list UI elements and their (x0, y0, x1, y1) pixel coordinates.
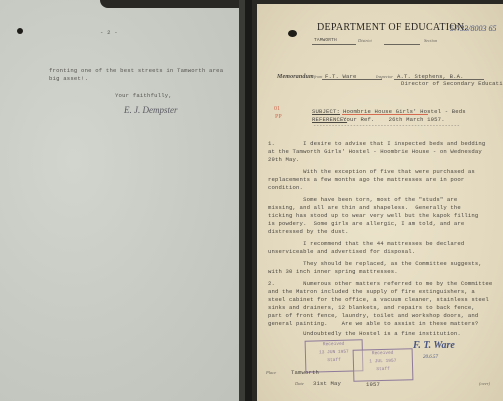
body-line: and the Matron included the supply of fi… (268, 288, 475, 295)
file-reference: 57/33/8003 65 (450, 24, 496, 33)
body-line: I recommend that the 44 mattresses be de… (268, 240, 464, 247)
body-line: ticking has stood up to wear very well b… (268, 212, 478, 219)
signature-date: 20.6.57 (423, 355, 438, 360)
place-value: Tamworth (291, 369, 319, 376)
footer-over: (over) (479, 381, 490, 386)
ink-blot (17, 28, 23, 34)
page-number: - 2 - (100, 29, 118, 36)
body-line: 1. I desire to advise that I inspected b… (268, 140, 485, 147)
body-line: condition. (268, 184, 303, 191)
date-label: Date (295, 381, 304, 386)
subject-label: SUBJECT: (312, 108, 340, 115)
body-line: unserviceable and advertised for disposa… (268, 248, 415, 255)
body-line: replacements a few months ago the mattre… (268, 176, 464, 183)
from-line (322, 79, 382, 80)
stamp-section: Staff (354, 365, 412, 375)
body-line: part of front fence, laundry, toilet and… (268, 312, 478, 319)
district-line (312, 44, 356, 45)
separator-dashes: ----------------------------------------… (313, 122, 460, 129)
section-label: Section (424, 38, 437, 43)
left-page (0, 0, 245, 401)
torn-edge (252, 0, 503, 4)
body-line: distressed by the dust. (268, 228, 349, 235)
body-line: 29th May. (268, 156, 300, 163)
left-body-line-2: big asset!. (49, 75, 88, 82)
to-title: Director of Secondary Education. (401, 80, 503, 87)
body-line: general painting. Are we able to assist … (268, 320, 478, 327)
body-line: With the exception of five that were pur… (268, 168, 475, 175)
received-stamp-2: Received 1 JUL 1957 Staff (353, 348, 414, 382)
body-line: Some have been torn, most of the "studs"… (268, 196, 457, 203)
body-line: sinks and drainers, 12 blankets, and rep… (268, 304, 475, 311)
department-heading: DEPARTMENT OF EDUCATION. (317, 22, 467, 33)
left-signature: E. J. Dempster (124, 105, 178, 115)
subject-underline (342, 114, 428, 115)
closing: Your faithfully, (115, 92, 172, 99)
body-line: Undoubtedly the Hostel is a fine institu… (268, 330, 461, 337)
body-line: is powdery. Some girls are allergic, I a… (268, 220, 464, 227)
memorandum-label: Memorandum (277, 74, 314, 80)
district-value: TAMWORTH (314, 38, 337, 43)
year-value: 1957 (366, 381, 380, 388)
right-signature: F. T. Ware (413, 340, 455, 351)
date-value: 31st May (313, 380, 341, 387)
body-line: steel cabinet for the office, a vacuum c… (268, 296, 489, 303)
left-body-line-1: fronting one of the best streets in Tamw… (49, 67, 223, 74)
place-label: Place (266, 370, 276, 375)
crest-emblem (288, 30, 297, 37)
torn-edge (100, 0, 245, 8)
torn-edge-left (252, 0, 257, 401)
section-line (384, 44, 420, 45)
body-line: They should be replaced, as the Committe… (268, 260, 482, 267)
body-line: 2. Numerous other matters referred to me… (268, 280, 492, 287)
body-line: at the Tamworth Girls' Hostel - Hoombrie… (268, 148, 482, 155)
district-label: District (358, 38, 372, 43)
margin-note-2: PP (275, 114, 282, 120)
body-line: missing, and all are thin and shapeless.… (268, 204, 461, 211)
body-line: with 30 inch inner spring mattresses. (268, 268, 398, 275)
to-label: Inspector (376, 74, 393, 79)
page-spine (239, 0, 245, 401)
margin-note-1: 01 (274, 106, 280, 112)
